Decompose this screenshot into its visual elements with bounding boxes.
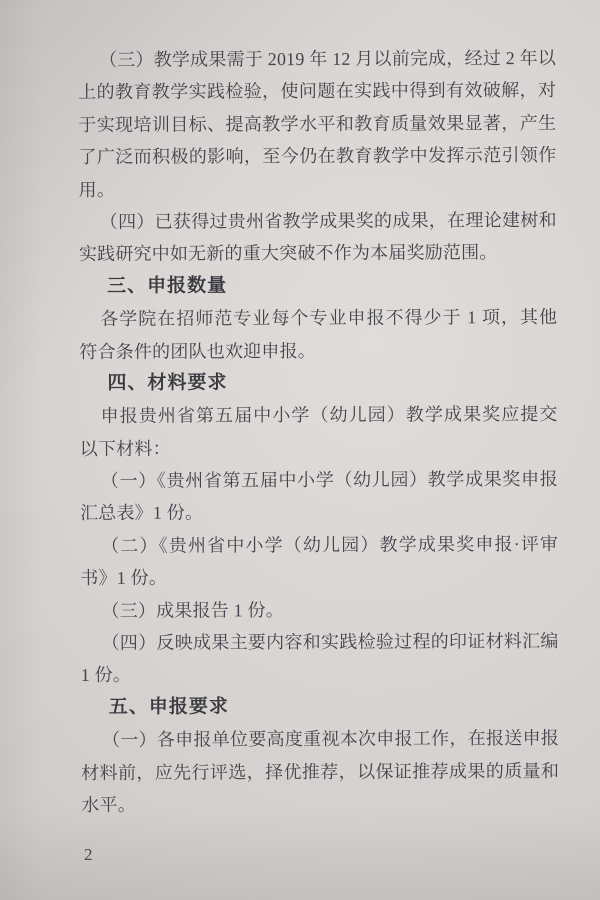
text-line: （三）成果报告 1 份。 xyxy=(80,593,558,627)
text-line: （四）反映成果主要内容和实践检验过程的印证材料汇编 xyxy=(81,625,559,659)
text-line: 于实现培训目标、提高教学水平和教育质量效果显著，产生 xyxy=(78,107,556,141)
text-line: 符合条件的团队也欢迎申报。 xyxy=(79,333,557,367)
page-number: 2 xyxy=(84,845,93,865)
text-line: 各学院在招师范专业每个专业申报不得少于 1 项，其他 xyxy=(79,301,557,335)
text-line: 1 份。 xyxy=(81,657,559,691)
text-line: 申报贵州省第五届中小学（幼儿园）教学成果奖应提交 xyxy=(80,398,558,432)
text-line: 上的教育教学实践检验，使问题在实践中得到有效破解，对 xyxy=(78,74,556,108)
text-line: （四）已获得过贵州省教学成果奖的成果，在理论建树和 xyxy=(79,204,557,238)
text-line: 了广泛而积极的影响，至今仍在教育教学中发挥示范引领作 xyxy=(78,139,556,173)
section-heading-application-quantity: 三、申报数量 xyxy=(79,269,557,303)
text-line: （一）各申报单位要高度重视本次申报工作，在报送申报 xyxy=(81,722,559,756)
text-line: 实践研究中如无新的重大突破不作为本届奖励范围。 xyxy=(79,236,557,270)
text-line: 书》1 份。 xyxy=(80,560,558,594)
section-heading-material-requirements: 四、材料要求 xyxy=(79,366,557,400)
text-line: 汇总表》1 份。 xyxy=(80,495,558,529)
text-line: （一）《贵州省第五届中小学（幼儿园）教学成果奖申报 xyxy=(80,463,558,497)
text-line: 材料前，应先行评选，择优推荐，以保证推荐成果的质量和 xyxy=(81,755,559,789)
text-line: 水平。 xyxy=(81,787,559,821)
text-line: 用。 xyxy=(79,171,557,205)
text-line: （三）教学成果需于 2019 年 12 月以前完成，经过 2 年以 xyxy=(78,42,556,76)
document-photo: （三）教学成果需于 2019 年 12 月以前完成，经过 2 年以 上的教育教学… xyxy=(0,0,600,900)
section-heading-application-requirements: 五、申报要求 xyxy=(81,690,559,724)
text-line: （二）《贵州省中小学（幼儿园）教学成果奖申报·评审 xyxy=(80,528,558,562)
document-text-block: （三）教学成果需于 2019 年 12 月以前完成，经过 2 年以 上的教育教学… xyxy=(78,42,559,821)
text-line: 以下材料： xyxy=(80,431,558,465)
